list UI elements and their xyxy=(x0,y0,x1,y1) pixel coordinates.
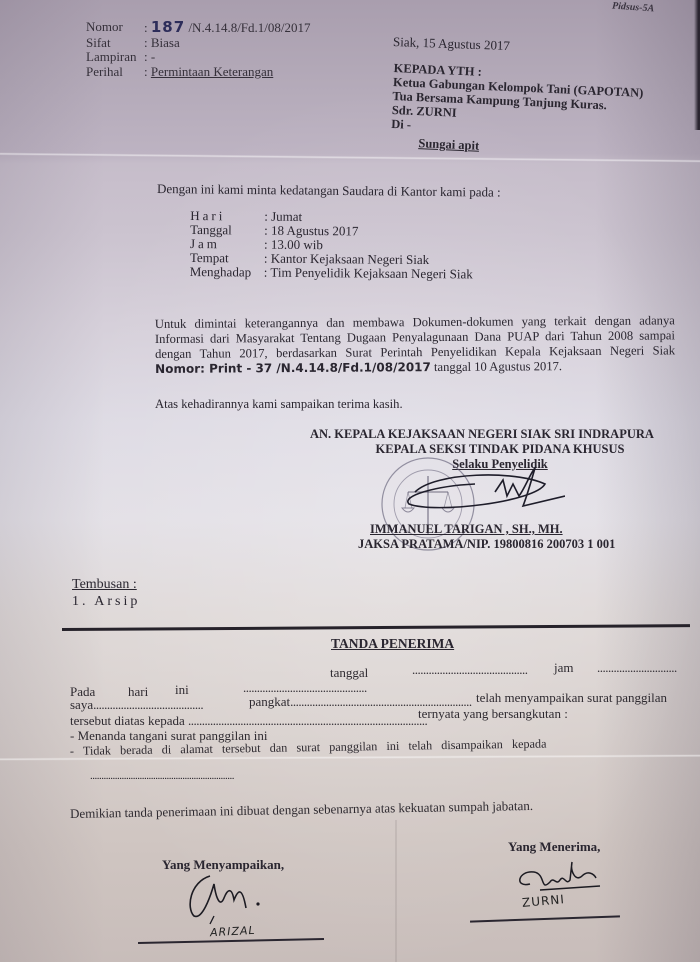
meta-row-sifat: Sifat : Biasa xyxy=(86,36,311,51)
receipt-label: jam xyxy=(554,660,574,676)
signatory-nip: JAKSA PRATAMA/NIP. 19800816 200703 1 001 xyxy=(358,537,615,552)
date-blank: ........................................… xyxy=(412,662,528,678)
meta-label: Lampiran xyxy=(86,50,140,65)
meta-value: : Biasa xyxy=(140,36,180,51)
sender-name-handwritten: ARIZAL xyxy=(210,924,256,939)
cc-title: Tembusan : xyxy=(72,577,137,593)
meta-row-perihal: Perihal : Permintaan Keterangan xyxy=(86,65,311,80)
address-blank: ........................................… xyxy=(90,770,234,782)
meta-row-lampiran: Lampiran : - xyxy=(86,50,311,65)
cc-item: 1. Arsip xyxy=(72,594,140,610)
signature-office: AN. KEPALA KEJAKSAAN NEGERI SIAK SRI IND… xyxy=(310,427,690,442)
recipient-block: KEPADA YTH : Ketua Gabungan Kelompok Tan… xyxy=(390,61,644,160)
signatory-name: IMMANUEL TARIGAN , SH., MH. xyxy=(370,522,563,537)
meta-label: Nomor xyxy=(86,20,140,36)
time-blank: ............................. xyxy=(597,660,677,676)
meta-value: : Permintaan Keterangan xyxy=(140,65,273,80)
handwritten-number: 187 xyxy=(151,18,185,36)
receipt-label: saya....................................… xyxy=(70,697,203,713)
warrant-number: Nomor: Print - 37 /N.4.14.8/Fd.1/08/2017 xyxy=(155,360,431,376)
sender-signature-line xyxy=(138,938,324,944)
receipt-label: ini xyxy=(175,682,189,698)
receiver-label: Yang Menerima, xyxy=(508,839,600,855)
receipt-label: tanggal xyxy=(330,665,368,681)
sender-signature-icon xyxy=(180,868,270,926)
detail-row: Menghadap: Tim Penyelidik Kejaksaan Nege… xyxy=(190,265,473,281)
letter-meta: Nomor : 187 /N.4.14.8/Fd.1/08/2017 Sifat… xyxy=(86,20,311,79)
receipt-label: tersebut diatas kepada .................… xyxy=(70,713,427,729)
section-divider xyxy=(62,624,690,631)
thanks-text: Atas kehadirannya kami sampaikan terima … xyxy=(155,397,403,412)
meta-label: Sifat xyxy=(86,36,140,51)
intro-text: Dengan ini kami minta kedatangan Saudara… xyxy=(157,181,501,201)
meta-row-nomor: Nomor : 187 /N.4.14.8/Fd.1/08/2017 xyxy=(86,20,311,36)
appointment-details: Hari: Jumat Tanggal: 18 Agustus 2017 Jam… xyxy=(190,209,474,281)
paper-fold-line xyxy=(395,820,397,962)
subject: Permintaan Keterangan xyxy=(151,64,273,79)
form-code: Pidsus-5A xyxy=(612,1,655,15)
meta-value: : 187 /N.4.14.8/Fd.1/08/2017 xyxy=(140,20,311,36)
receiver-signature-line xyxy=(470,915,620,922)
body-paragraph: Untuk dimintai keterangannya dan membawa… xyxy=(155,313,675,377)
receipt-title: TANDA PENERIMA xyxy=(331,636,454,652)
receipt-label: telah menyampaikan surat panggilan xyxy=(476,690,667,706)
meta-value: : - xyxy=(140,50,155,65)
signature-division: KEPALA SEKSI TINDAK PIDANA KHUSUS xyxy=(310,442,690,457)
signature-icon xyxy=(395,462,565,522)
receipt-label: ternyata yang bersangkutan : xyxy=(418,706,568,722)
receiver-name-handwritten: ZURNI xyxy=(521,892,565,910)
meta-label: Perihal xyxy=(86,65,140,80)
letter-date: Siak, 15 Agustus 2017 xyxy=(393,34,511,54)
receipt-closing: Demikian tanda penerimaan ini dibuat den… xyxy=(70,798,533,822)
paper-edge-shadow xyxy=(694,0,700,130)
